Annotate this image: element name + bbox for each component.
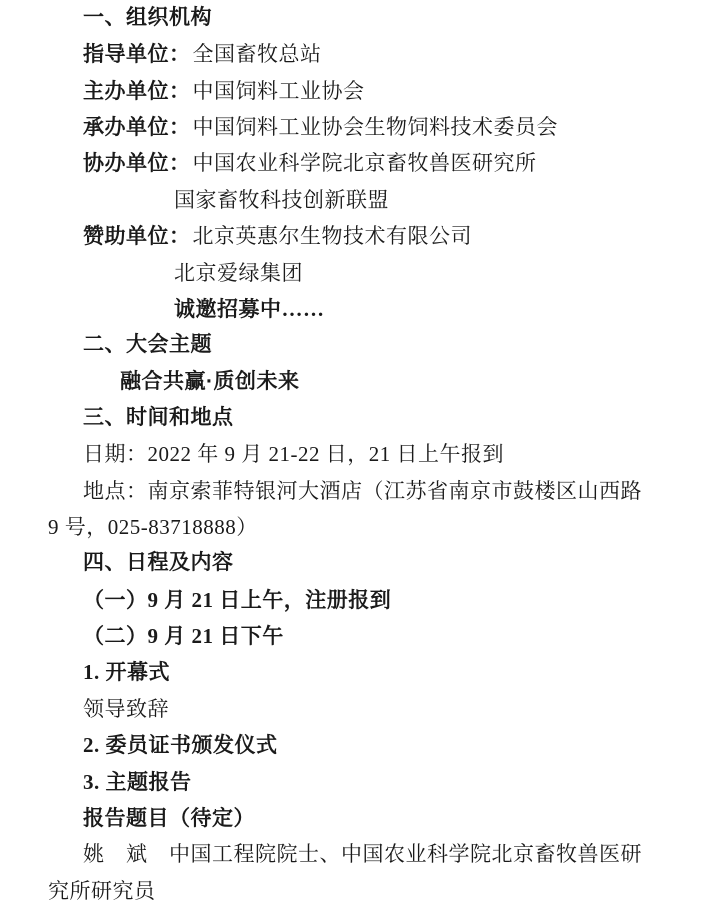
- speaker-yao-bin-line-2: 究所研究员: [48, 873, 688, 909]
- agenda-opening-ceremony: 1. 开幕式: [48, 654, 688, 690]
- org-unit-row: 赞助单位：北京英惠尔生物技术有限公司: [48, 218, 688, 254]
- org-unit-value: 中国饲料工业协会生物饲料技术委员会: [193, 115, 559, 139]
- org-unit-row: 承办单位：中国饲料工业协会生物饲料技术委员会: [48, 109, 688, 145]
- org-unit-label: 承办单位：: [83, 115, 191, 139]
- org-unit-value: 北京英惠尔生物技术有限公司: [193, 224, 473, 248]
- org-unit-value: 中国饲料工业协会: [193, 79, 365, 103]
- date-line: 日期：2022 年 9 月 21-22 日，21 日上午报到: [48, 436, 688, 472]
- report-title-tbd: 报告题目（待定）: [48, 800, 688, 836]
- org-unit-row: 协办单位：中国农业科学院北京畜牧兽医研究所: [48, 145, 688, 181]
- agenda-keynote-reports: 3. 主题报告: [48, 764, 688, 800]
- agenda-morning-registration: （一）9 月 21 日上午，注册报到: [48, 582, 688, 618]
- org-unit-label: 协办单位：: [83, 151, 191, 175]
- conference-theme: 融合共赢·质创未来: [48, 364, 688, 400]
- document-page: 一、组织机构 指导单位：全国畜牧总站 主办单位：中国饲料工业协会 承办单位：中国…: [0, 0, 716, 909]
- section-heading-1: 一、组织机构: [48, 0, 688, 36]
- venue-line-1: 地点：南京索菲特银河大酒店（江苏省南京市鼓楼区山西路: [48, 473, 688, 509]
- speaker-yao-bin-line-1: 姚 斌 中国工程院院士、中国农业科学院北京畜牧兽医研: [48, 836, 688, 872]
- section-heading-2: 二、大会主题: [48, 327, 688, 363]
- org-unit-label: 主办单位：: [83, 79, 191, 103]
- org-unit-continuation: 国家畜牧科技创新联盟: [48, 182, 688, 218]
- org-unit-value: 全国畜牧总站: [193, 42, 322, 66]
- org-unit-label: 赞助单位：: [83, 224, 191, 248]
- org-unit-label: 指导单位：: [83, 42, 191, 66]
- section-heading-4: 四、日程及内容: [48, 545, 688, 581]
- section-heading-3: 三、时间和地点: [48, 400, 688, 436]
- agenda-certificate-ceremony: 2. 委员证书颁发仪式: [48, 727, 688, 763]
- agenda-afternoon-header: （二）9 月 21 日下午: [48, 618, 688, 654]
- org-unit-row: 指导单位：全国畜牧总站: [48, 36, 688, 72]
- org-unit-row: 主办单位：中国饲料工业协会: [48, 73, 688, 109]
- sponsor-recruiting-note: 诚邀招募中……: [48, 291, 688, 327]
- agenda-leader-speech: 领导致辞: [48, 691, 688, 727]
- venue-line-2: 9 号，025-83718888）: [48, 509, 688, 545]
- org-unit-continuation: 北京爱绿集团: [48, 255, 688, 291]
- org-unit-value: 中国农业科学院北京畜牧兽医研究所: [193, 151, 537, 175]
